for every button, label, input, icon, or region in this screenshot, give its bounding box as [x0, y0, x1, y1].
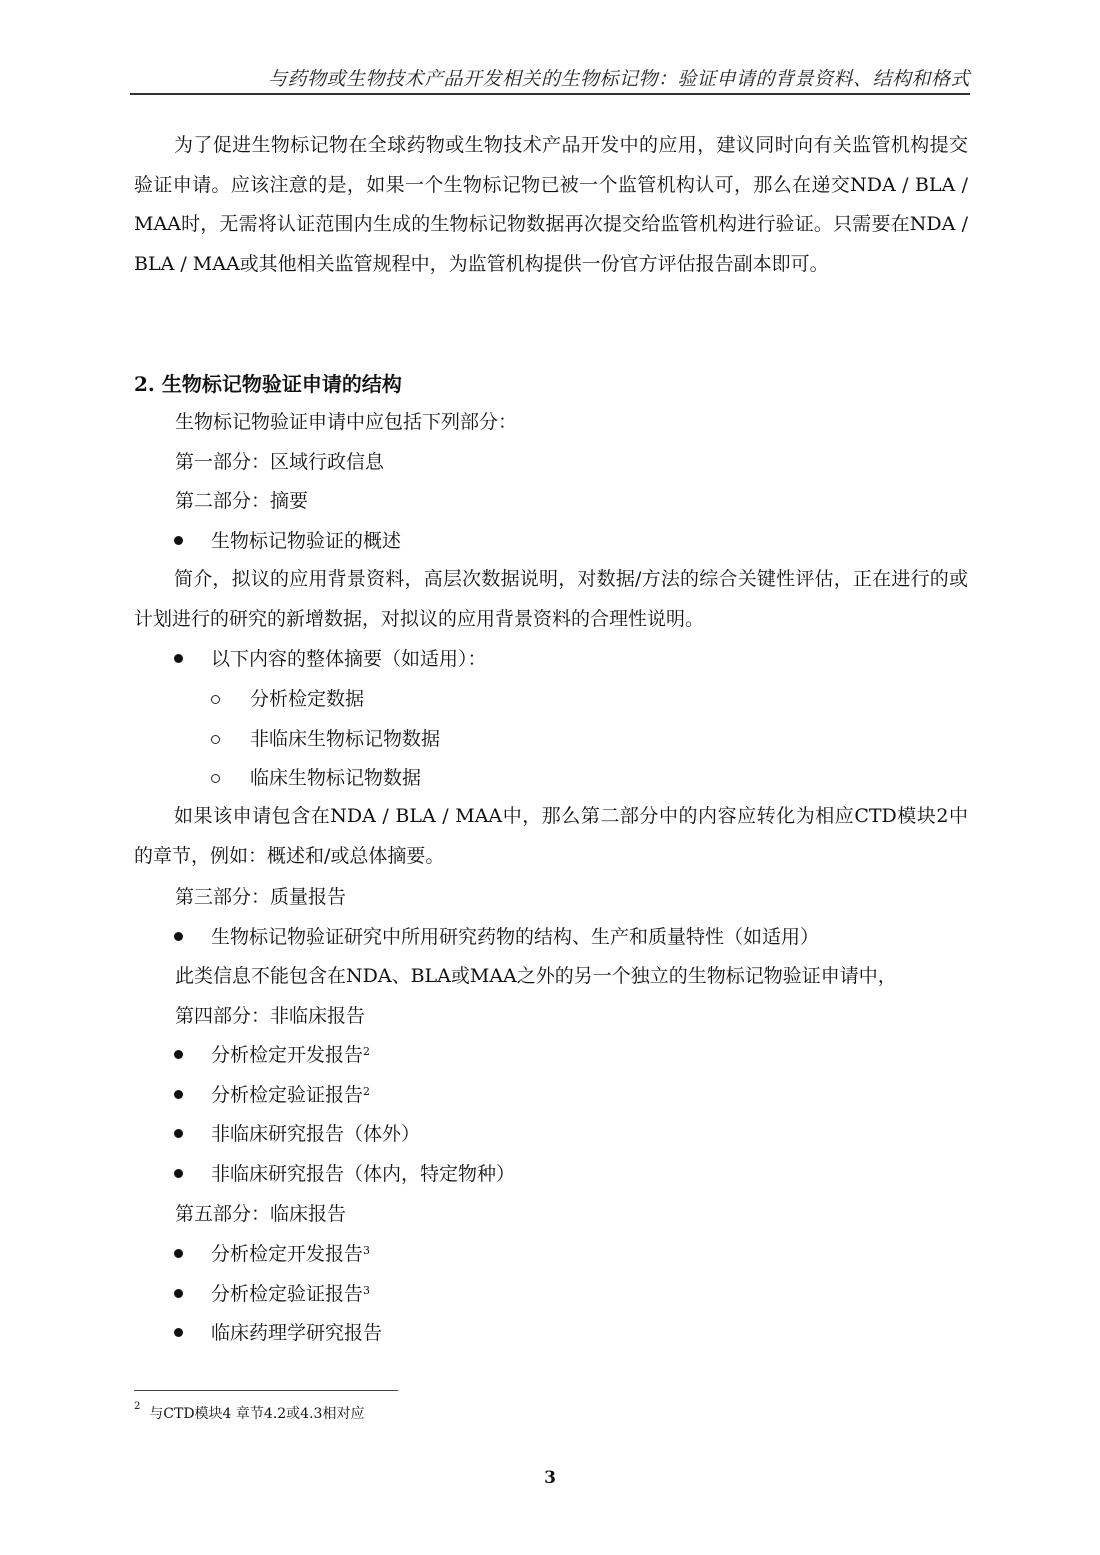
footnote-marker: 2: [134, 1401, 140, 1412]
part3-note: 此类信息不能包含在NDA、BLA或MAA之外的另一个独立的生物标记物验证申请中，: [175, 964, 897, 988]
bullet-icon: [174, 1249, 183, 1258]
page-number: 3: [0, 1468, 1100, 1488]
bullet-icon: [174, 654, 183, 663]
bullet-text: 临床药理学研究报告: [211, 1321, 382, 1345]
bullet-text: 生物标记物验证研究中所用研究药物的结构、生产和质量特性（如适用）: [211, 925, 819, 949]
part2-paragraph-2: 如果该申请包含在NDA / BLA / MAA中，那么第二部分中的内容应转化为相…: [134, 797, 968, 876]
bullet-text: 分析检定开发报告2: [211, 1043, 370, 1067]
part3-label: 第三部分：质量报告: [175, 885, 346, 909]
part4-label: 第四部分：非临床报告: [175, 1004, 365, 1028]
part2-paragraph-1: 简介，拟议的应用背景资料，高层次数据说明，对数据/方法的综合关键性评估，正在进行…: [134, 560, 968, 639]
part1-label: 第一部分：区域行政信息: [175, 450, 384, 474]
bullet-text: 分析检定验证报告2: [211, 1083, 370, 1107]
circle-bullet-icon: [211, 695, 220, 704]
footnote-text: 与CTD模块4 章节4.2或4.3相对应: [149, 1406, 364, 1422]
bullet-text: 非临床研究报告（体内，特定物种）: [211, 1162, 515, 1186]
bullet-text: 生物标记物验证的概述: [211, 529, 401, 553]
bullet-icon: [174, 1169, 183, 1178]
bullet-icon: [174, 536, 183, 545]
footnote-divider: [134, 1390, 398, 1391]
header-divider: [130, 93, 970, 95]
bullet-text: 分析检定开发报告3: [211, 1242, 370, 1266]
bullet-icon: [174, 1129, 183, 1138]
bullet-icon: [174, 1050, 183, 1059]
bullet-text: 以下内容的整体摘要（如适用）：: [211, 647, 487, 671]
circle-bullet-icon: [211, 774, 220, 783]
circle-bullet-icon: [211, 735, 220, 744]
sub-bullet-text: 非临床生物标记物数据: [250, 727, 440, 751]
part5-label: 第五部分：临床报告: [175, 1202, 346, 1226]
bullet-text: 非临床研究报告（体外）: [211, 1122, 420, 1146]
part2-label: 第二部分：摘要: [175, 489, 308, 513]
bullet-text: 分析检定验证报告3: [211, 1282, 370, 1306]
sub-bullet-text: 分析检定数据: [250, 687, 364, 711]
section-intro: 生物标记物验证申请中应包括下列部分：: [175, 410, 517, 434]
bullet-icon: [174, 1090, 183, 1099]
sub-bullet-text: 临床生物标记物数据: [250, 766, 421, 790]
bullet-icon: [174, 1289, 183, 1298]
intro-paragraph: 为了促进生物标记物在全球药物或生物技术产品开发中的应用，建议同时向有关监管机构提…: [134, 126, 968, 284]
section-heading: 2. 生物标记物验证申请的结构: [134, 368, 402, 397]
bullet-icon: [174, 1328, 183, 1337]
footnote: 2 与CTD模块4 章节4.2或4.3相对应: [134, 1403, 364, 1423]
running-header-title: 与药物或生物技术产品开发相关的生物标记物：验证申请的背景资料、结构和格式: [268, 64, 970, 91]
bullet-icon: [174, 932, 183, 941]
